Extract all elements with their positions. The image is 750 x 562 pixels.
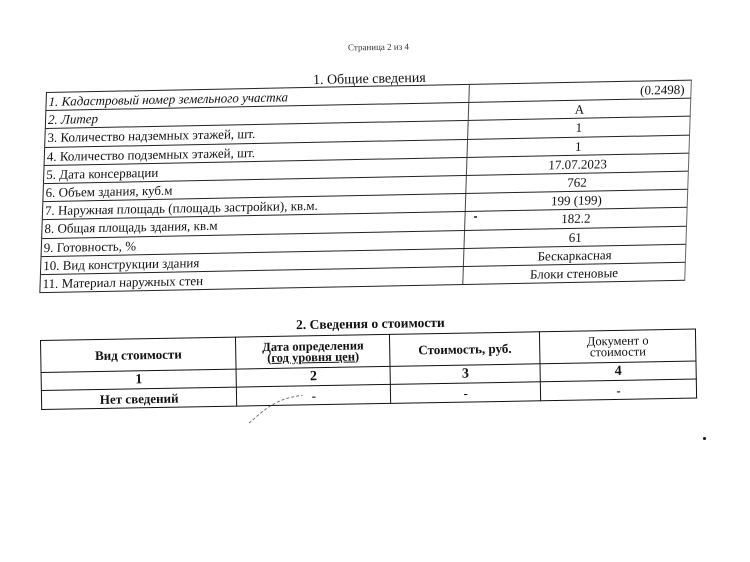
header-cost-type: Вид стоимости xyxy=(41,337,237,372)
general-info-table: 1. Кадастровый номер земельного участка … xyxy=(39,80,692,294)
header-cost-rub: Стоимость, руб. xyxy=(390,332,540,367)
row-value-wall-material: Блоки стеновые xyxy=(462,263,686,284)
header-determination-date: Дата определения (год уровня цен) xyxy=(236,334,391,369)
cost-info-table: Вид стоимости Дата определения (год уров… xyxy=(40,329,697,410)
section-2-title: 2. Сведения о стоимости xyxy=(296,315,445,333)
cost-value: - xyxy=(391,382,541,404)
cost-document-value: - xyxy=(541,379,697,401)
scan-dot xyxy=(703,437,706,440)
cost-type-value: Нет сведений xyxy=(41,387,237,409)
page-number: Страница 2 из 4 xyxy=(348,42,409,53)
pen-stroke-mark xyxy=(245,395,305,425)
header-cost-document: Документ о стоимости xyxy=(540,329,696,364)
scan-mark xyxy=(474,216,477,218)
